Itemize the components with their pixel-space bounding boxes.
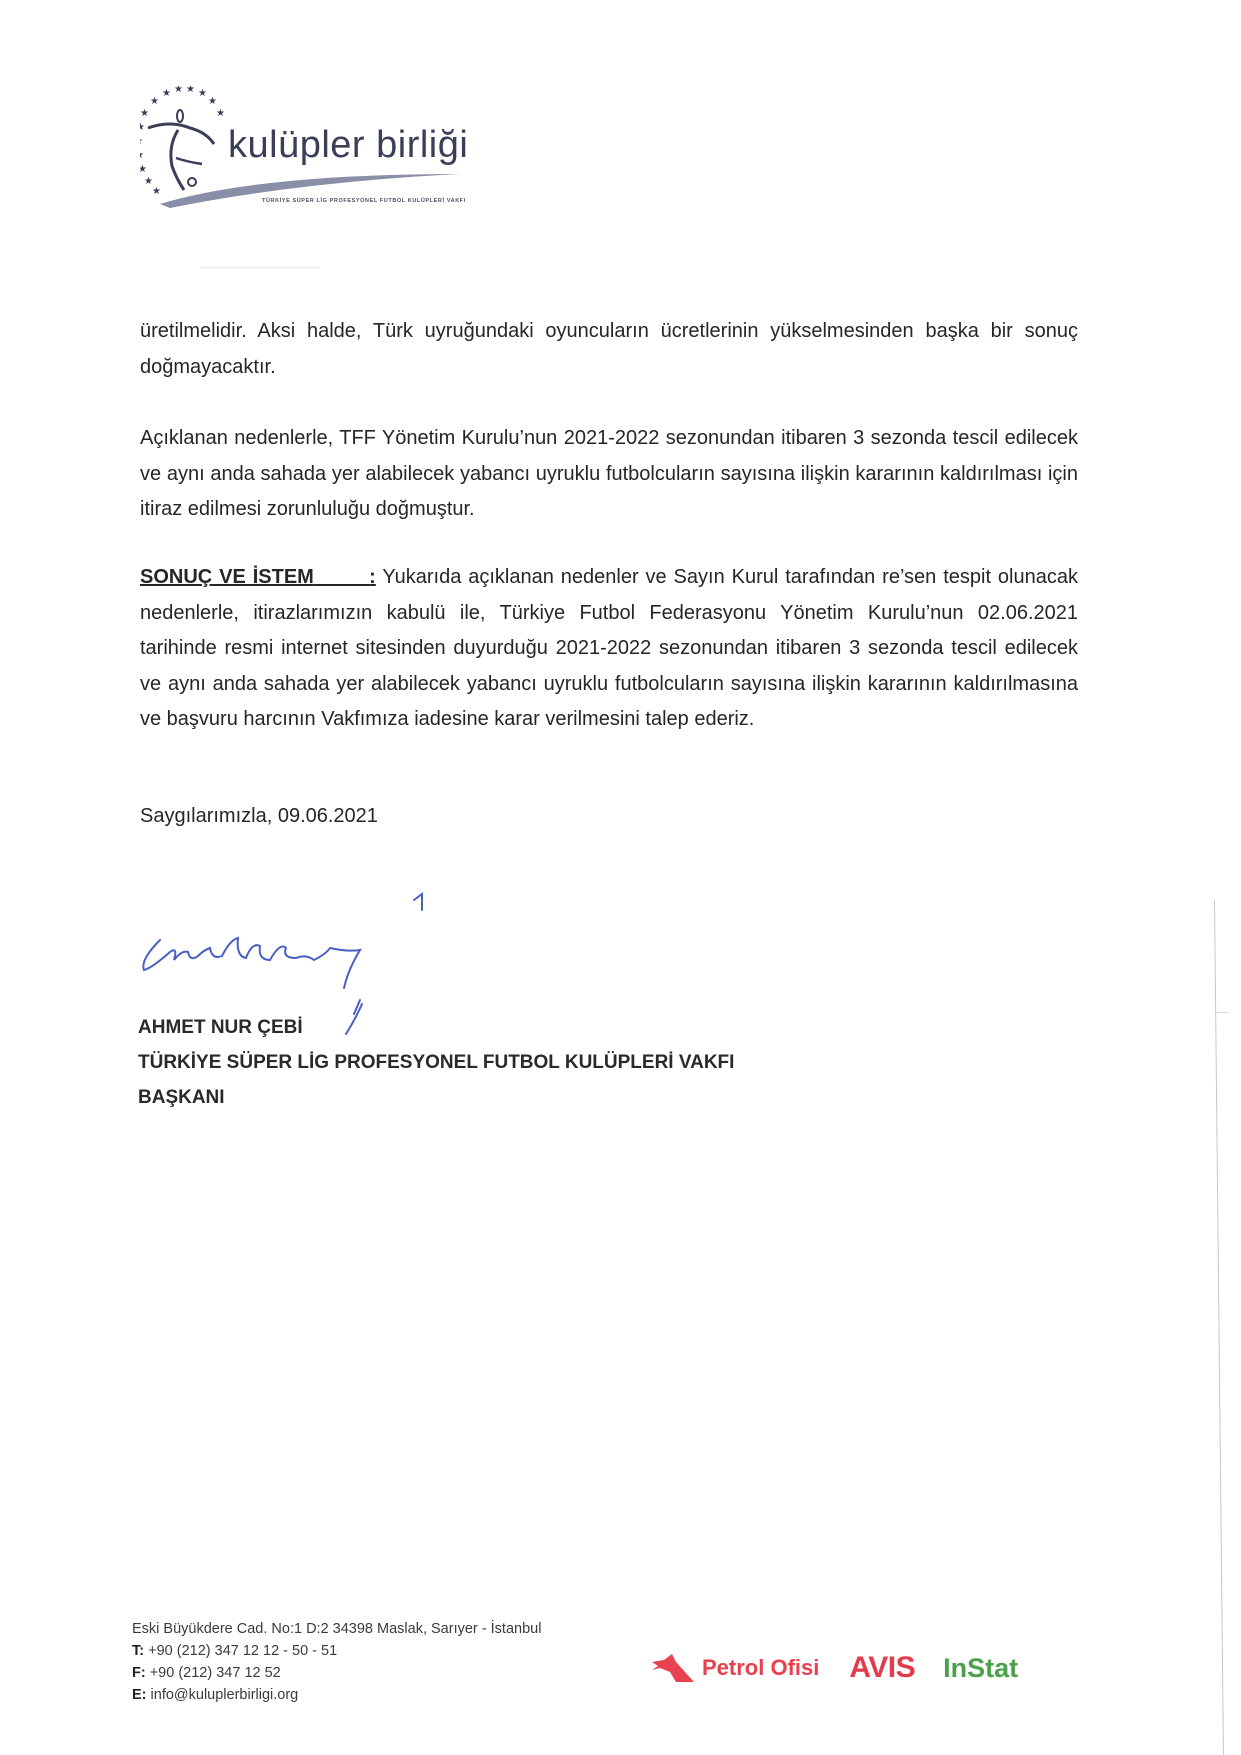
svg-text:★: ★ [150,96,159,107]
sponsor-instat: InStat [943,1653,1018,1684]
signer-name: AHMET NUR ÇEBİ [138,1010,734,1045]
svg-text:★: ★ [140,108,149,119]
closing-line: Saygılarımızla, 09.06.2021 [140,799,1078,835]
heading-colon: : [369,566,376,588]
svg-text:★: ★ [186,86,195,95]
svg-text:★: ★ [140,150,144,161]
scan-artifact [200,266,320,269]
petrol-ofisi-horse-icon [650,1652,696,1684]
conclusion-heading: SONUÇ VE İSTEM [140,566,314,588]
footer-email-line: E: info@kuluplerbirligi.org [132,1684,541,1706]
footer-address: Eski Büyükdere Cad. No:1 D:2 34398 Masla… [132,1618,541,1640]
footer-fax-line: F: +90 (212) 347 12 52 [132,1662,541,1684]
signer-title: BAŞKANI [138,1080,734,1115]
heading-spacer [314,566,369,588]
svg-text:★: ★ [216,108,225,119]
sponsor-logos: Petrol Ofisi AVIS InStat [650,1648,1018,1688]
svg-text:★: ★ [140,122,145,133]
conclusion-paragraph: SONUÇ VE İSTEM : Yukarıda açıklanan nede… [140,560,1078,738]
logo-wordmark: kulüpler birliği [228,124,468,167]
svg-text:★: ★ [152,186,161,197]
conclusion-text: Yukarıda açıklanan nedenler ve Sayın Kur… [140,566,1078,730]
signer-organization: TÜRKİYE SÜPER LİG PROFESYONEL FUTBOL KUL… [138,1045,734,1080]
svg-text:★: ★ [208,96,217,107]
paragraph-1: üretilmelidir. Aksi halde, Türk uyruğund… [140,314,1078,385]
svg-text:★: ★ [198,88,207,99]
handwritten-signature-icon [130,890,450,1020]
signer-block: AHMET NUR ÇEBİ TÜRKİYE SÜPER LİG PROFESY… [138,1010,734,1115]
svg-text:★: ★ [162,88,171,99]
signature-stroke-icon [340,1000,370,1040]
footer-contact: Eski Büyükdere Cad. No:1 D:2 34398 Masla… [132,1618,541,1706]
footer-email[interactable]: info@kuluplerbirligi.org [151,1687,299,1703]
svg-text:★: ★ [140,136,143,147]
svg-text:★: ★ [174,86,183,95]
scan-mark [1216,1012,1228,1013]
footer-phone: +90 (212) 347 12 12 - 50 - 51 [148,1643,337,1659]
logo-subtitle: TÜRKİYE SÜPER LİG PROFESYONEL FUTBOL KUL… [262,198,466,204]
kulupler-birligi-logo: ★★★ ★★★ ★★ ★★★ ★★★ kulüpler birliği TÜRK… [140,86,480,216]
paragraph-2: Açıklanan nedenlerle, TFF Yönetim Kurulu… [140,421,1078,528]
footer-phone-line: T: +90 (212) 347 12 12 - 50 - 51 [132,1640,541,1662]
sponsor-petrol-ofisi: Petrol Ofisi [650,1652,819,1684]
sponsor-avis: AVIS [849,1651,915,1685]
footer-fax: +90 (212) 347 12 52 [150,1665,281,1681]
svg-text:★: ★ [140,164,147,175]
page-edge-line [1214,900,1224,1755]
